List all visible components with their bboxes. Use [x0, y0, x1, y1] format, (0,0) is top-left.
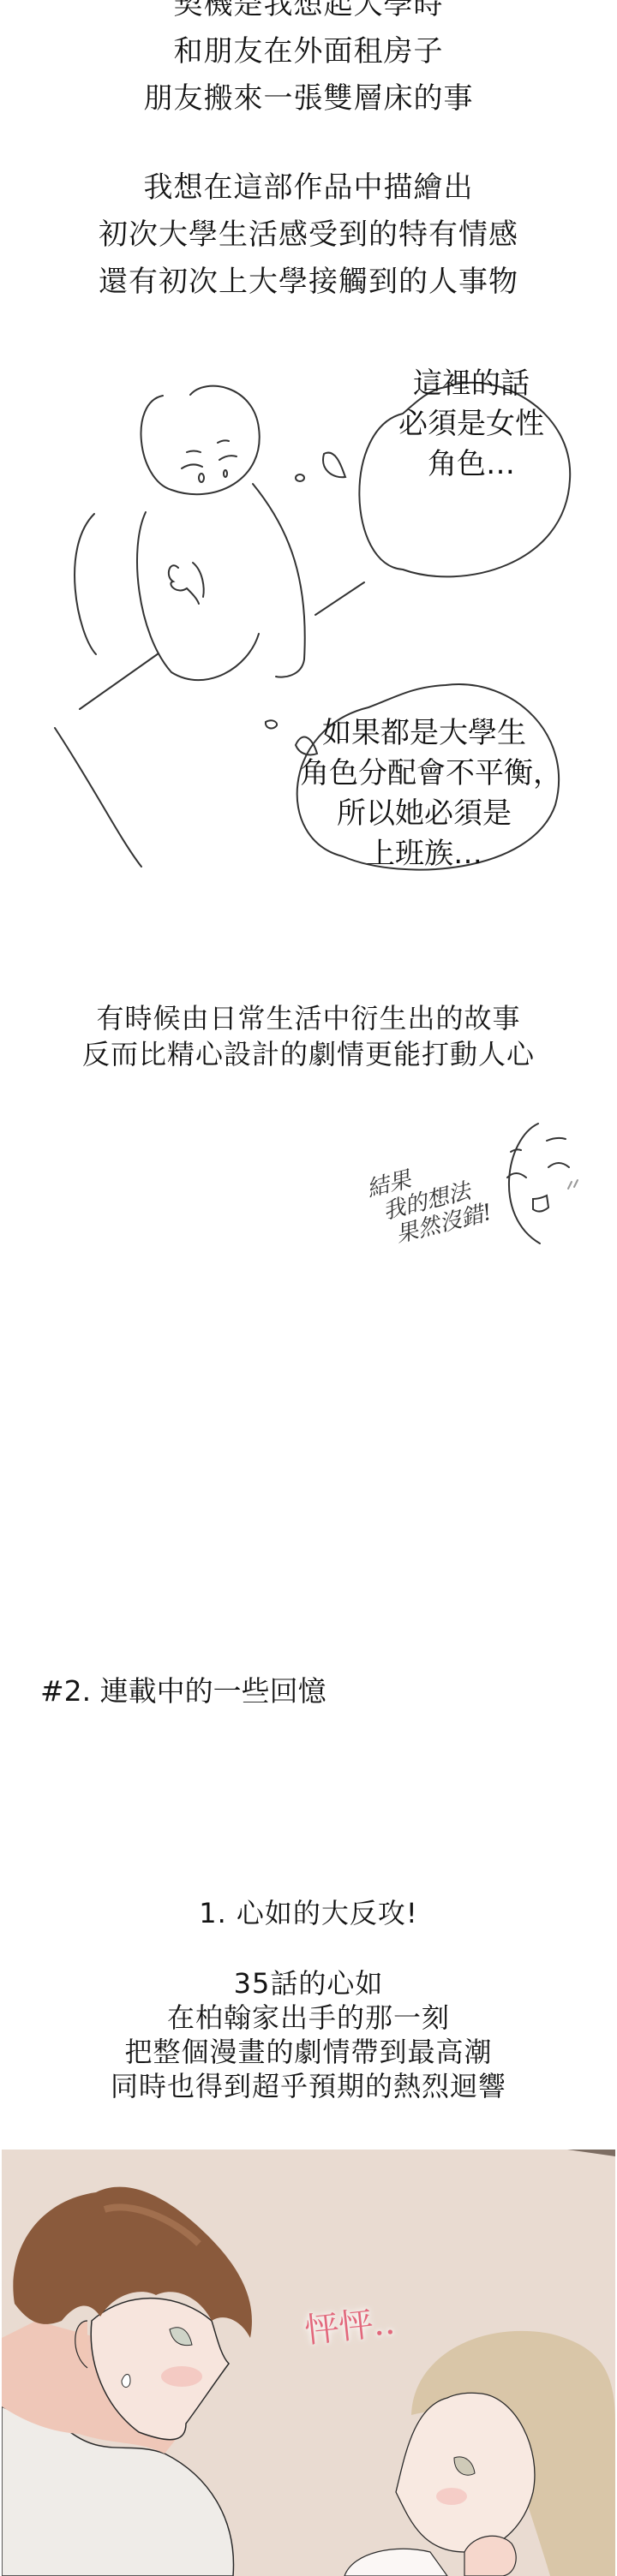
section-heading: #2. 連載中的一些回憶	[40, 1674, 326, 1708]
memory-line: 在柏翰家出手的那一刻	[0, 2001, 617, 2035]
memory-line: 35話的心如	[0, 1966, 617, 2001]
bubble-line: 如果都是大學生	[300, 713, 548, 754]
sfx-heartbeat-text: 怦怦..	[302, 2295, 397, 2353]
bubble-line: 上班族…	[300, 834, 548, 874]
doodle-happy-face	[509, 1124, 540, 1243]
memory-1-title: 1. 心如的大反攻!	[0, 1895, 617, 1931]
reflection-line: 有時候由日常生活中衍生出的故事	[0, 1000, 617, 1036]
bubble-line: 所以她必須是	[300, 794, 548, 834]
doodle-head	[141, 386, 260, 495]
bubble-line: 必須是女性	[390, 404, 553, 444]
memory-line: 把整個漫畫的劇情帶到最高潮	[0, 2035, 617, 2069]
bubble-line: 角色分配會不平衡，	[300, 754, 548, 794]
comic-illustration	[2, 2150, 615, 2576]
comic-panel	[2, 2150, 615, 2576]
memory-line: 同時也得到超乎預期的熱烈迴響	[0, 2069, 617, 2103]
memory-1-paragraph: 35話的心如 在柏翰家出手的那一刻 把整個漫畫的劇情帶到最高潮 同時也得到超乎預…	[0, 1966, 617, 2103]
reflection-line: 反而比精心設計的劇情更能打動人心	[0, 1036, 617, 1072]
bubble-line: 角色…	[390, 444, 553, 485]
bubble-line: 這裡的話	[390, 364, 553, 404]
speech-bubble-1-text: 這裡的話 必須是女性 角色…	[390, 364, 553, 485]
reflection-paragraph: 有時候由日常生活中衍生出的故事 反而比精心設計的劇情更能打動人心	[0, 1000, 617, 1072]
sketch-illustration	[0, 0, 617, 1285]
speech-bubble-2-text: 如果都是大學生 角色分配會不平衡， 所以她必須是 上班族…	[300, 713, 548, 874]
